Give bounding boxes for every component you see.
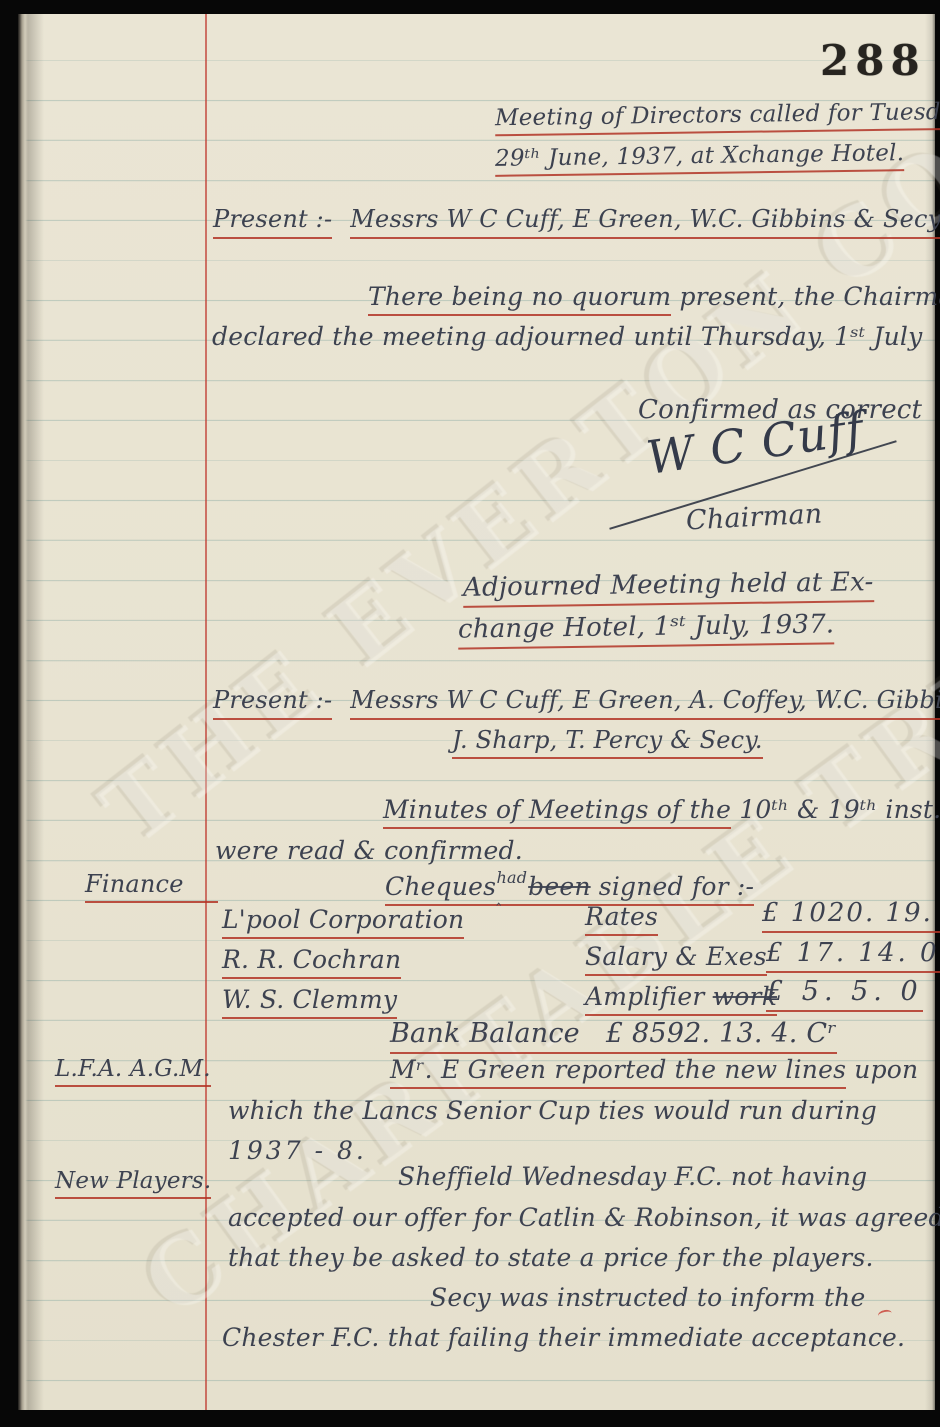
payee-2: W. S. Clemmy xyxy=(222,985,397,1019)
binding-edge xyxy=(18,14,44,1410)
quorum-line1: There being no quorum present, the Chair… xyxy=(368,282,940,312)
amount-2: £ 5. 5. 0 xyxy=(766,976,923,1012)
margin-note-finance: Finance xyxy=(85,870,218,899)
lfa-line1-underlined: Mʳ. E Green reported the new lines xyxy=(390,1055,846,1089)
page-number-stamp: 288 xyxy=(820,36,926,85)
cheque-row-payee: W. S. Clemmy xyxy=(222,985,397,1015)
cheque-row-amount: £ 1020. 19. 8 xyxy=(762,898,940,929)
bank-balance: Bank Balance£ 8592. 13. 4. Cʳ xyxy=(390,1018,837,1054)
cheque-row-amount: £ 5. 5. 0 xyxy=(766,976,923,1008)
cheque-row-purpose: Salary & Exes xyxy=(585,942,767,972)
cheques-rest: signed for :- xyxy=(591,872,755,901)
meeting2-heading-line1-text: Adjourned Meeting held at Ex- xyxy=(463,567,874,608)
meeting2-heading-line2: change Hotel, 1ˢᵗ July, 1937. xyxy=(458,609,835,645)
red-correction-mark xyxy=(877,1309,893,1321)
bank-balance-label: Bank Balance xyxy=(390,1018,580,1049)
purpose-2: Amplifier work xyxy=(585,982,777,1016)
bank-balance-amount: £ 8592. 13. 4. Cʳ xyxy=(606,1018,837,1049)
bank-balance-line: Bank Balance£ 8592. 13. 4. Cʳ xyxy=(390,1018,837,1050)
payee-0: L'pool Corporation xyxy=(222,905,464,939)
meeting2-present-names1: Messrs W C Cuff, E Green, A. Coffey, W.C… xyxy=(350,686,940,720)
purpose-1: Salary & Exes xyxy=(585,942,767,976)
margin-note-finance-text: Finance xyxy=(85,870,218,903)
minutes-line2: were read & confirmed. xyxy=(215,836,523,866)
cheques-phrase: Cheques‸hadbeen signed for :- xyxy=(385,872,754,906)
meeting1-heading-line2: 29ᵗʰ June, 1937, at Xchange Hotel. xyxy=(495,140,905,173)
meeting1-heading-line1-text: Meeting of Directors called for Tuesday xyxy=(495,99,940,137)
meeting2-heading-line1: Adjourned Meeting held at Ex- xyxy=(463,567,874,604)
signature-role: Chairman xyxy=(685,498,823,537)
cheques-line: Cheques‸hadbeen signed for :- xyxy=(385,868,754,906)
cheque-row-payee: R. R. Cochran xyxy=(222,945,401,975)
meeting1-present-line: Present :- Messrs W C Cuff, E Green, W.C… xyxy=(213,205,940,239)
amount-0: £ 1020. 19. 8 xyxy=(762,898,940,933)
margin-note-lfa-agm-text: L.F.A. A.G.M. xyxy=(55,1056,211,1087)
cheque-row-purpose: Rates xyxy=(585,902,658,932)
red-margin-rule xyxy=(205,14,207,1410)
players-line3: that they be asked to state a price for … xyxy=(228,1243,874,1273)
lfa-line2: which the Lancs Senior Cup ties would ru… xyxy=(228,1096,877,1126)
players-line5: Chester F.C. that failing their immediat… xyxy=(222,1323,905,1353)
ledger-page: THE EVERTON COLLECTION CHARITABLE TRUST … xyxy=(18,14,935,1410)
present-label: Present :- xyxy=(213,205,332,239)
meeting2-heading-line2-text: change Hotel, 1ˢᵗ July, 1937. xyxy=(458,609,835,649)
players-line2: accepted our offer for Catlin & Robinson… xyxy=(228,1203,940,1233)
purpose-2-text: Amplifier xyxy=(585,982,713,1011)
meeting1-heading-line2-text: 29ᵗʰ June, 1937, at Xchange Hotel. xyxy=(495,140,905,177)
meeting2-present-names2: J. Sharp, T. Percy & Secy. xyxy=(452,726,763,759)
purpose-0: Rates xyxy=(585,902,658,936)
players-line1: Sheffield Wednesday F.C. not having xyxy=(398,1162,867,1192)
meeting1-present-names: Messrs W C Cuff, E Green, W.C. Gibbins &… xyxy=(350,205,940,239)
minutes-rest: 10ᵗʰ & 19ᵗʰ inst., xyxy=(731,795,940,824)
insertion-caret: ‸ xyxy=(496,888,501,906)
margin-note-lfa-agm: L.F.A. A.G.M. xyxy=(55,1056,211,1084)
lfa-line1-rest: upon xyxy=(846,1055,918,1084)
meeting2-present-line2: J. Sharp, T. Percy & Secy. xyxy=(452,726,763,755)
cheques-inserted-word: had xyxy=(496,868,527,887)
margin-note-new-players-text: New Players. xyxy=(55,1168,211,1199)
players-line4: Secy was instructed to inform the xyxy=(430,1283,865,1313)
meeting1-heading-line1: Meeting of Directors called for Tuesday xyxy=(495,99,940,133)
payee-1: R. R. Cochran xyxy=(222,945,401,979)
margin-note-new-players: New Players. xyxy=(55,1168,211,1196)
minutes-underlined: Minutes of Meetings of the xyxy=(383,795,731,829)
cheque-row-purpose: Amplifier work xyxy=(585,982,777,1012)
meeting2-present-line1: Present :- Messrs W C Cuff, E Green, A. … xyxy=(213,686,940,720)
quorum-line2: declared the meeting adjourned until Thu… xyxy=(212,322,922,352)
lfa-line3: 1937 - 8. xyxy=(228,1136,367,1166)
scanned-minute-book-page: { "page": { "number": "288" }, "colors":… xyxy=(0,0,940,1427)
lfa-line1: Mʳ. E Green reported the new lines upon xyxy=(390,1055,918,1085)
quorum-underlined: There being no quorum xyxy=(368,282,671,316)
minutes-line1: Minutes of Meetings of the 10ᵗʰ & 19ᵗʰ i… xyxy=(383,795,940,825)
quorum-rest: present, the Chairman xyxy=(671,282,940,311)
cheques-struck-word: been xyxy=(528,872,591,901)
meeting2-present-label: Present :- xyxy=(213,686,332,720)
cheque-row-payee: L'pool Corporation xyxy=(222,905,464,935)
amount-1: £ 17. 14. 0 xyxy=(766,938,940,973)
cheques-word: Cheques xyxy=(385,872,496,901)
cheque-row-amount: £ 17. 14. 0 xyxy=(766,938,940,969)
